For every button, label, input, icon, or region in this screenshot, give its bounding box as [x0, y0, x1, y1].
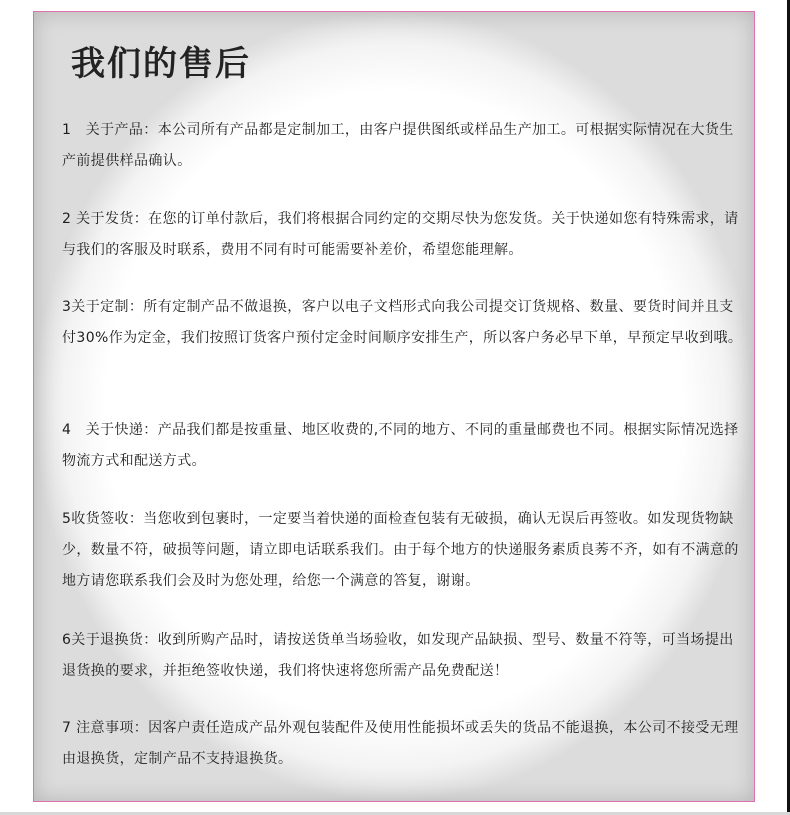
- section-returns: 6关于退换货：收到所购产品时，请按送货单当场验收，如发现产品缺损、型号、数量不符…: [62, 625, 746, 687]
- page-title: 我们的售后: [71, 42, 251, 86]
- after-sales-panel: 我们的售后 1 关于产品：本公司所有产品都是定制加工，由客户提供图纸或样品生产加…: [33, 11, 755, 802]
- section-customization: 3关于定制：所有定制产品不做退换，客户以电子文档形式向我公司提交订货规格、数量、…: [62, 292, 746, 354]
- section-product: 1 关于产品：本公司所有产品都是定制加工，由客户提供图纸或样品生产加工。可根据实…: [62, 115, 746, 177]
- section-shipping: 2 关于发货：在您的订单付款后，我们将根据合同约定的交期尽快为您发货。关于快递如…: [62, 204, 746, 266]
- section-notes: 7 注意事项：因客户责任造成产品外观包装配件及使用性能损坏或丢失的货品不能退换，…: [62, 713, 746, 775]
- section-receipt: 5收货签收：当您收到包裹时，一定要当着快递的面检查包装有无破损，确认无误后再签收…: [62, 504, 746, 597]
- section-express: 4 关于快递：产品我们都是按重量、地区收费的,不同的地方、不同的重量邮费也不同。…: [62, 415, 746, 477]
